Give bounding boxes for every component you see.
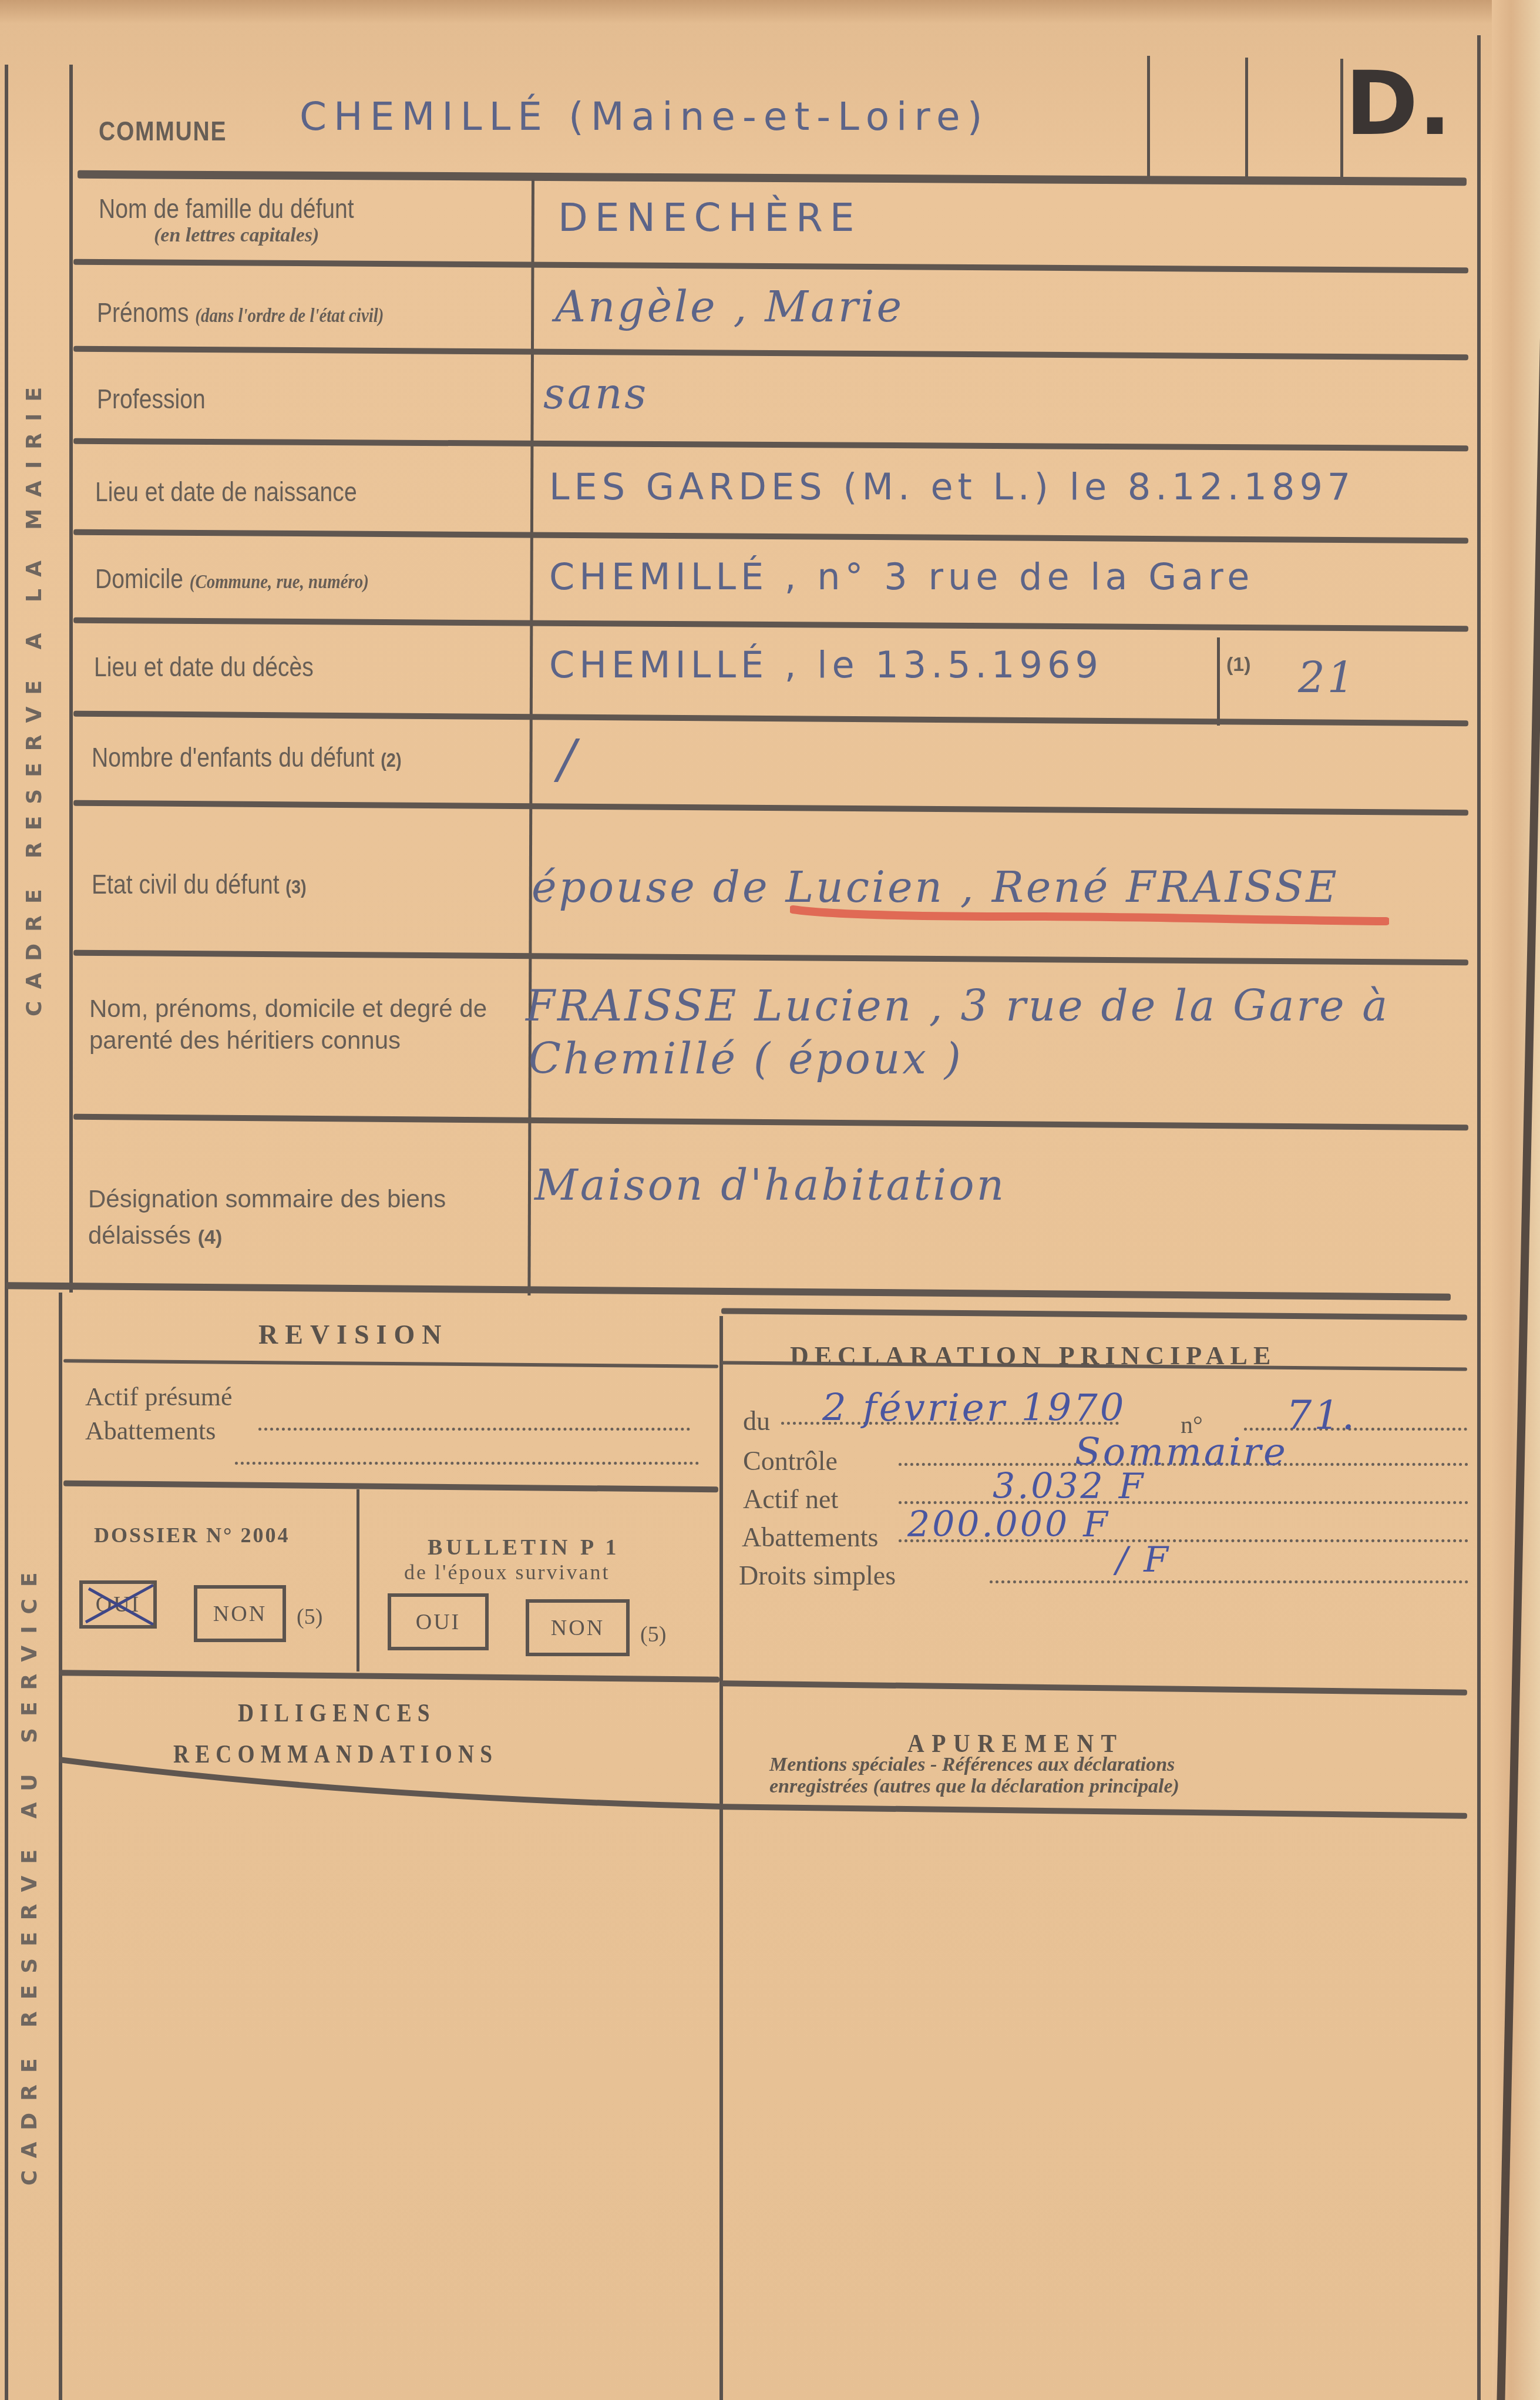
dossier-label: DOSSIER N° 2004 xyxy=(94,1523,290,1548)
field-value-nom: DENECHÈRE xyxy=(558,195,862,240)
actif-net-label: Actif net xyxy=(743,1483,838,1515)
field-value-biens: Maison d'habitation xyxy=(534,1160,1006,1210)
field-label: Nom, prénoms, domicile et degré de paren… xyxy=(89,993,512,1056)
dossier-non-label: NON xyxy=(213,1601,267,1627)
deces-footnote: (1) xyxy=(1226,653,1251,676)
actif-presume-label: Actif présumé xyxy=(85,1382,232,1412)
field-label: Domicile (Commune, rue, numéro) xyxy=(95,563,369,598)
field-label: Nombre d'enfants du défunt (2) xyxy=(92,741,402,776)
field-label: Lieu et date de naissance xyxy=(95,476,357,508)
apurement-subtitle-line2: enregistrées (autres que la déclaration … xyxy=(769,1775,1179,1798)
field-label: Prénoms (dans l'ordre de l'état civil) xyxy=(97,297,384,332)
bulletin-oui-label: OUI xyxy=(416,1609,461,1635)
field-value-domicile: CHEMILLÉ , n° 3 rue de la Gare xyxy=(549,555,1255,598)
deces-subcell-rule xyxy=(1217,637,1220,726)
abattements-revision-field[interactable] xyxy=(235,1462,699,1465)
bulletin-title: BULLETIN P 1 xyxy=(428,1535,620,1560)
service-column-divider xyxy=(719,1316,723,2400)
header-box-rule-1 xyxy=(1147,56,1150,179)
right-page-rule xyxy=(1477,35,1481,2400)
bulletin-footnote: (5) xyxy=(640,1622,666,1647)
commune-label: COMMUNE xyxy=(99,115,227,147)
abattements-revision-label: Abattements xyxy=(85,1416,216,1446)
diligences-title: DILIGENCES xyxy=(238,1698,436,1728)
bulletin-non-checkbox[interactable]: NON xyxy=(526,1599,630,1656)
field-sublabel: (en lettres capitales) xyxy=(154,224,319,247)
field-label: Désignation sommaire des biens délaissés… xyxy=(88,1181,499,1256)
side-label-mairie: CADRE RESERVE A LA MAIRIE xyxy=(22,375,46,1016)
bulletin-oui-checkbox[interactable]: OUI xyxy=(388,1593,489,1650)
top-fold-shadow xyxy=(0,0,1492,24)
service-frame-rule xyxy=(59,1293,62,2400)
field-value-prenoms: Angèle , Marie xyxy=(555,282,904,331)
droits-simples-field[interactable] xyxy=(990,1580,1468,1583)
dossier-bulletin-divider xyxy=(357,1489,359,1671)
field-label: Profession xyxy=(97,383,206,415)
field-label: Nom de famille du défunt xyxy=(99,193,354,224)
revision-title: REVISION xyxy=(258,1319,449,1350)
numero-value: 71. xyxy=(1286,1392,1357,1439)
field-value-heritiers-line2: Chemillé ( époux ) xyxy=(529,1034,963,1083)
actif-presume-field[interactable] xyxy=(258,1428,690,1431)
outer-left-rule xyxy=(5,65,8,2400)
side-label-service: CADRE RESERVE AU SERVICE xyxy=(18,1560,42,2186)
field-label: Etat civil du défunt (3) xyxy=(92,868,307,903)
red-pencil-underline xyxy=(790,904,1389,927)
dossier-footnote: (5) xyxy=(297,1604,322,1630)
field-value-profession: sans xyxy=(543,369,648,418)
letter-code: D. xyxy=(1345,53,1452,155)
apurement-subtitle-line1: Mentions spéciales - Références aux décl… xyxy=(769,1754,1175,1776)
header-box-rule-3 xyxy=(1340,59,1343,182)
abattements-declaration-value: 200.000 F xyxy=(907,1504,1110,1545)
diligences-rule xyxy=(59,1757,722,1810)
commune-value: CHEMILLÉ (Maine-et-Loire) xyxy=(300,94,989,139)
field-value-naissance: LES GARDES (M. et L.) le 8.12.1897 xyxy=(549,465,1355,508)
field-value-enfants: / xyxy=(558,729,578,790)
dossier-non-checkbox[interactable]: NON xyxy=(194,1585,286,1642)
dossier-oui-checkbox[interactable]: OUI xyxy=(79,1580,157,1629)
field-label: Lieu et date du décès xyxy=(94,651,314,683)
abattements-declaration-label: Abattements xyxy=(742,1522,879,1553)
du-value: 2 février 1970 xyxy=(822,1387,1127,1430)
field-value-deces: CHEMILLÉ , le 13.5.1969 xyxy=(549,643,1103,686)
field-value-heritiers-line1: FRAISSE Lucien , 3 rue de la Gare à xyxy=(526,981,1390,1031)
cross-mark-icon xyxy=(83,1584,153,1625)
droits-simples-value: / F xyxy=(1116,1539,1171,1580)
du-label: du xyxy=(743,1405,770,1436)
mairie-frame-rule xyxy=(69,65,73,1293)
controle-label: Contrôle xyxy=(743,1445,838,1476)
actif-net-value: 3.032 F xyxy=(993,1466,1145,1507)
bulletin-subtitle: de l'époux survivant xyxy=(404,1560,610,1585)
stacked-pages-edge xyxy=(1492,0,1540,2400)
header-box-rule-2 xyxy=(1245,58,1248,181)
droits-simples-label: Droits simples xyxy=(739,1560,896,1591)
bulletin-non-label: NON xyxy=(551,1615,604,1641)
deces-extra-value: 21 xyxy=(1298,653,1357,703)
